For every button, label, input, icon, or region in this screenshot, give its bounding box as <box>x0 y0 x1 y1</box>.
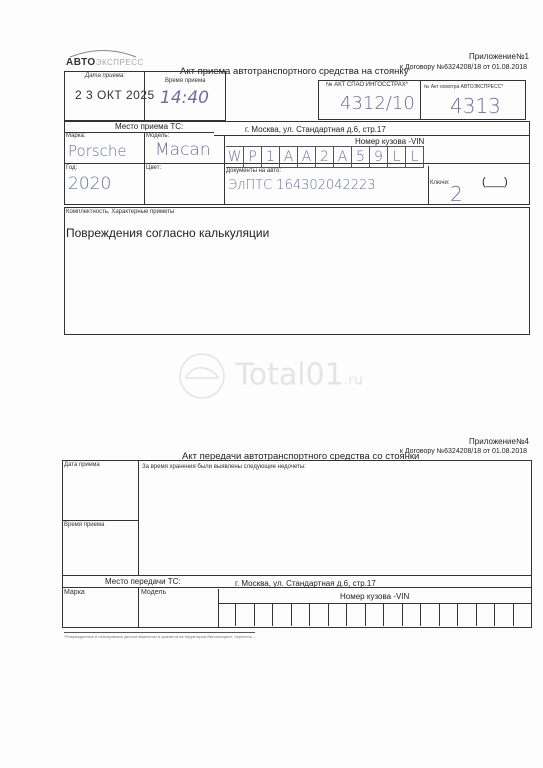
vin-char-cell: A <box>298 147 316 167</box>
vin-char-cell: 2 <box>316 147 334 167</box>
inspection-act-label: № Акт осмотра АВТОЭКСПРЕСС* <box>424 84 503 90</box>
footnote: *Поврежденные и неисправные детали вывез… <box>64 632 255 639</box>
vin-empty-cell <box>366 604 384 626</box>
company-logo: АВТОЭКСПРЕСС <box>64 48 144 70</box>
vin-char-cell: L <box>388 147 406 167</box>
vin-char-cell: P <box>244 147 262 167</box>
keys-value: 2 <box>450 182 463 206</box>
time-value: 14:40 <box>160 88 209 108</box>
release-vin-cells <box>218 604 532 626</box>
defects-label: За время хранения были выявлены следующи… <box>142 464 306 470</box>
vin-char-cell: A <box>280 147 298 167</box>
vin-empty-cell <box>292 604 310 626</box>
vin-empty-cell <box>273 604 291 626</box>
place-label: Место приема ТС: <box>115 122 183 131</box>
vin-empty-cell <box>458 604 476 626</box>
model-value: Macan <box>155 140 211 160</box>
place-value: г. Москва, ул. Стандартная д.6, стр.17 <box>245 125 386 134</box>
vin-empty-cell <box>421 604 439 626</box>
vin-char-cell: A <box>334 147 352 167</box>
vin-empty-cell <box>384 604 402 626</box>
color-label: Цвет: <box>146 165 161 171</box>
make-value: Porsche <box>68 142 127 160</box>
watermark: Total01.ru <box>178 352 363 400</box>
year-label: Год: <box>66 165 77 171</box>
insurer-act-value: 4312/10 <box>340 93 415 114</box>
watermark-car-icon <box>178 352 226 400</box>
model-label: Модель: <box>146 133 169 139</box>
time-label: Время приема <box>165 78 205 84</box>
features-value: Повреждения согласно калькуляции <box>66 226 269 240</box>
appendix-label: Приложение№1 <box>469 52 529 61</box>
release-make-label: Марка <box>64 589 85 596</box>
inspection-act-value: 4313 <box>450 94 501 118</box>
vin-char-cell: 1 <box>262 147 280 167</box>
vin-empty-cell <box>310 604 328 626</box>
release-vin-label: Номер кузова -VIN <box>340 592 409 601</box>
vin-label: Номер кузова -VIN <box>355 137 424 146</box>
vin-char-cell: 9 <box>370 147 388 167</box>
vin-value: WP1AA2A59LL <box>226 146 424 168</box>
insurer-act-label: № АКТ СПАО ИНГОССТРАХ* <box>326 82 408 88</box>
vin-empty-cell <box>236 604 254 626</box>
vin-empty-cell <box>218 604 236 626</box>
release-time-label: Время приема <box>64 522 104 528</box>
keys-bracket: (___) <box>482 176 508 188</box>
vin-char-cell: W <box>226 147 244 167</box>
contract-reference: к Договору №6324208/18 от 01.08.2018 <box>400 64 527 71</box>
vin-empty-cell <box>347 604 365 626</box>
release-place-label: Место передачи ТС: <box>105 577 181 586</box>
vin-char-cell: L <box>406 147 424 167</box>
documents-label: Документы на авто: <box>226 168 281 174</box>
date-label: Дата приема: <box>85 73 125 79</box>
date-stamp: 2 3 ОКТ 2025 <box>75 88 155 102</box>
vin-empty-cell <box>329 604 347 626</box>
appendix-label-2: Приложение№4 <box>469 437 529 446</box>
make-label: Марка: <box>66 133 86 139</box>
vin-empty-cell <box>255 604 273 626</box>
year-value: 2020 <box>68 174 111 194</box>
vin-char-cell: 5 <box>352 147 370 167</box>
release-date-label: Дата приема <box>64 462 100 468</box>
vin-empty-cell <box>403 604 421 626</box>
vin-empty-cell <box>514 604 532 626</box>
vin-empty-cell <box>495 604 513 626</box>
release-model-label: Модель <box>141 589 166 596</box>
keys-label: Ключи: <box>430 180 450 186</box>
vin-empty-cell <box>477 604 495 626</box>
documents-value: ЭлПТС 164302042223 <box>228 178 376 193</box>
features-label: Комплектность, Характерные приметы <box>66 209 174 215</box>
vin-empty-cell <box>440 604 458 626</box>
